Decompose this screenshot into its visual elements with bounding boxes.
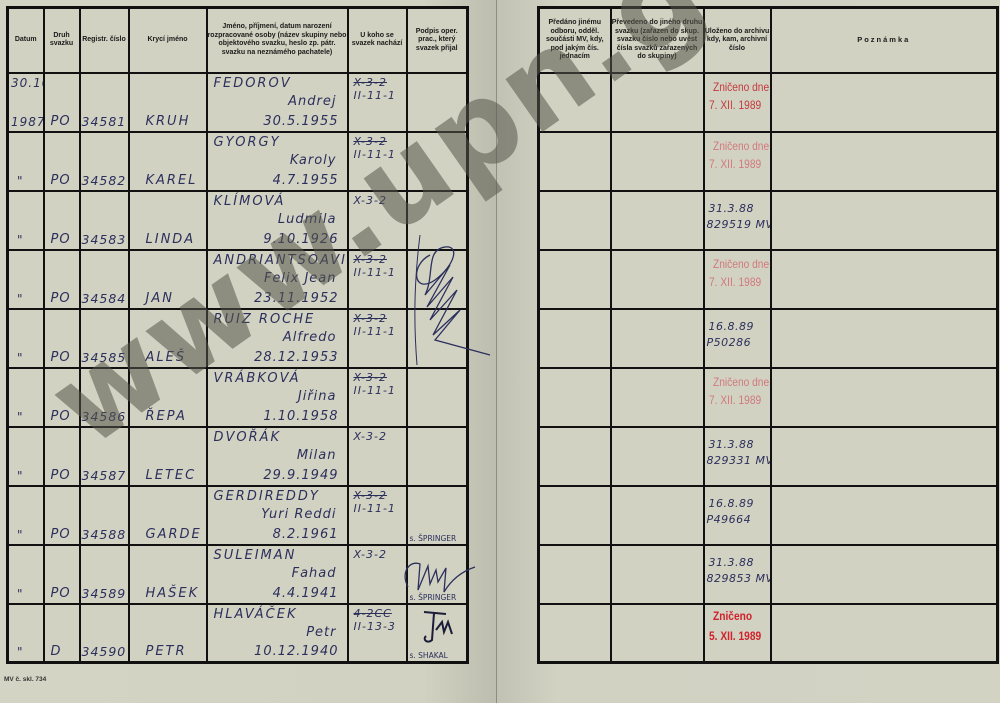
cover-name: KRUH [146,114,191,129]
cell-druh: PO [44,368,80,427]
given-name: Alfredo [283,330,337,345]
cell-registr: 34589 [80,545,129,604]
signer-name: s. ŠPRINGER [410,534,457,543]
table-row: 31.3.88 829519 MV [539,191,998,250]
table-row: Zničeno dne 7. XII. 1989 [539,250,998,309]
cell-person: SULEIMAN Fahad 4.4.1941 [207,545,348,604]
table-row: " PO 34583 LINDA KLÍMOVÁ Ludmila 9.10.19… [8,191,468,250]
archive-date: 16.8.89 [709,320,755,333]
location-new: II-11-1 [354,266,396,279]
cell-poznamka [771,309,998,368]
birth-date: 29.9.1949 [263,468,338,483]
birth-date: 9.10.1926 [263,232,338,247]
cell-predano [539,73,611,132]
location-new: X-3-2 [354,548,387,561]
cell-datum: " [8,486,44,545]
cell-registr: 34584 [80,250,129,309]
cell-datum: " [8,132,44,191]
druh-value: PO [51,232,71,247]
cell-ulozeno: Zničeno dne 7. XII. 1989 [704,73,771,132]
datum-value: " [17,469,24,483]
cell-predano [539,309,611,368]
destroyed-stamp-date: 7. XII. 1989 [709,157,761,171]
cell-poznamka [771,250,998,309]
cell-datum: " [8,191,44,250]
cell-kryci: KRUH [129,73,207,132]
location-old: X-3-2 [354,76,387,89]
given-name: Andrej [288,94,336,109]
cell-registr: 34581 [80,73,129,132]
cell-ulozeno: 16.8.89 P50286 [704,309,771,368]
cell-prevedeno [611,368,704,427]
col-header-podpis: Podpis oper. prac., který svazek přijal [407,8,468,73]
cell-ulozeno: 31.3.88 829331 MV [704,427,771,486]
cover-name: LETEC [146,468,197,483]
surname: DVOŘÁK [214,430,282,445]
surname: RUIZ ROCHE [214,312,316,327]
cell-predano [539,427,611,486]
cell-ulozeno: 31.3.88 829519 MV [704,191,771,250]
cell-kryci: PETR [129,604,207,663]
destroyed-stamp-label: Zničeno dne [713,80,769,94]
surname: VRÁBKOVÁ [214,371,301,386]
destroyed-stamp-label: Zničeno dne [713,257,769,271]
cell-druh: PO [44,545,80,604]
cell-person: HLAVÁČEK Petr 10.12.1940 [207,604,348,663]
table-row: 16.8.89 P50286 [539,309,998,368]
destroyed-stamp-label: Zničeno [713,609,752,623]
cell-ulozeno: Zničeno dne 7. XII. 1989 [704,250,771,309]
destroyed-stamp-label: Zničeno dne [713,139,769,153]
archive-number: P50286 [707,336,752,349]
cell-prevedeno [611,309,704,368]
cell-predano [539,250,611,309]
cell-datum: " [8,604,44,663]
table-row: 31.3.88 829331 MV [539,427,998,486]
table-row: 30.10. 1987 PO 34581 KRUH FEDOROV Andrej… [8,73,468,132]
location-new: II-11-1 [354,325,396,338]
cell-location: X-3-2 II-11-1 [348,368,407,427]
druh-value: D [51,644,62,659]
cell-prevedeno [611,250,704,309]
cell-datum: " [8,545,44,604]
cell-poznamka [771,191,998,250]
druh-value: PO [51,173,71,188]
druh-value: PO [51,350,71,365]
surname: ANDRIANTSOAVIONA [214,253,348,268]
cell-predano [539,486,611,545]
cell-ulozeno: Zničeno dne 7. XII. 1989 [704,368,771,427]
cell-druh: PO [44,486,80,545]
location-new: II-11-1 [354,148,396,161]
cell-predano [539,604,611,663]
col-header-kryci: Krycí jméno [129,8,207,73]
datum-value: " [17,410,24,424]
druh-value: PO [51,114,71,129]
given-name: Milan [297,448,337,463]
cell-predano [539,545,611,604]
cell-kryci: ALEŠ [129,309,207,368]
location-old: X-3-2 [354,312,387,325]
destroyed-stamp-label: Zničeno dne [713,375,769,389]
cover-name: PETR [146,644,187,659]
cell-prevedeno [611,427,704,486]
cover-name: GARDE [146,527,202,542]
form-code: MV č. skl. 734 [4,676,46,683]
cell-poznamka [771,368,998,427]
cell-datum: " [8,250,44,309]
cell-person: FEDOROV Andrej 30.5.1955 [207,73,348,132]
destroyed-stamp-date: 7. XII. 1989 [709,393,761,407]
reg-number: 34589 [82,586,127,601]
col-header-datum: Datum [8,8,44,73]
location-old: X-3-2 [354,253,387,266]
cell-druh: PO [44,309,80,368]
druh-value: PO [51,527,71,542]
cell-signature [407,73,468,132]
cover-name: LINDA [146,232,196,247]
datum-value: " [17,587,24,601]
archive-number: P49664 [707,513,752,526]
datum-top: 30.10. [11,76,44,90]
cell-prevedeno [611,545,704,604]
location-new: II-11-1 [354,384,396,397]
given-name: Felix Jean [264,271,337,286]
birth-date: 10.12.1940 [254,644,338,659]
cell-datum: " [8,309,44,368]
destroyed-stamp-date: 7. XII. 1989 [709,275,761,289]
cell-signature [407,132,468,191]
cell-datum: " [8,427,44,486]
reg-number: 34587 [82,468,127,483]
datum-value: " [17,528,24,542]
birth-date: 1.10.1958 [263,409,338,424]
location-old: X-3-2 [354,371,387,384]
location-old: X-3-2 [354,489,387,502]
cell-druh: PO [44,132,80,191]
reg-number: 34583 [82,232,127,247]
cell-registr: 34585 [80,309,129,368]
col-header-predano: Předáno jinému odboru, odděl. součásti M… [539,8,611,73]
cell-kryci: HAŠEK [129,545,207,604]
col-header-u-koho: U koho se svazek nachází [348,8,407,73]
datum-value: " [17,351,24,365]
cell-location: X-3-2 [348,545,407,604]
birth-date: 4.4.1941 [273,586,339,601]
cell-druh: PO [44,73,80,132]
birth-date: 4.7.1955 [273,173,339,188]
datum-value: " [17,645,24,659]
cover-name: HAŠEK [146,586,200,601]
druh-value: PO [51,468,71,483]
cell-registr: 34583 [80,191,129,250]
cell-predano [539,368,611,427]
header-row: Předáno jinému odboru, odděl. součásti M… [539,8,998,73]
cell-kryci: KAREL [129,132,207,191]
col-header-druh: Druh svazku [44,8,80,73]
datum-value: " [17,174,24,188]
destroyed-stamp-date: 7. XII. 1989 [709,98,761,112]
cell-prevedeno [611,73,704,132]
cell-signature [407,427,468,486]
reg-number: 34590 [82,644,127,659]
reg-number: 34586 [82,409,127,424]
cell-person: ANDRIANTSOAVIONA Felix Jean 23.11.1952 [207,250,348,309]
cell-ulozeno: Zničeno 5. XII. 1989 [704,604,771,663]
location-old: 4-2CC [354,607,392,620]
cell-location: X-3-2 II-11-1 [348,132,407,191]
col-header-ulozeno: Uloženo do archivu kdy, kam, archivní čí… [704,8,771,73]
birth-date: 30.5.1955 [263,114,338,129]
cell-predano [539,191,611,250]
cell-kryci: ŘEPA [129,368,207,427]
cell-prevedeno [611,486,704,545]
col-header-registr: Registr. číslo [80,8,129,73]
cell-person: RUIZ ROCHE Alfredo 28.12.1953 [207,309,348,368]
cell-registr: 34588 [80,486,129,545]
cell-registr: 34590 [80,604,129,663]
reg-number: 34582 [82,173,127,188]
signer-name: s. SHAKAL [410,651,448,660]
given-name: Yuri Reddi [261,507,336,522]
location-new: X-3-2 [354,194,387,207]
cover-name: KAREL [146,173,198,188]
table-row: " D 34590 PETR HLAVÁČEK Petr 10.12.1940 … [8,604,468,663]
given-name: Jiřina [298,389,337,404]
cell-registr: 34587 [80,427,129,486]
table-row: " PO 34586 ŘEPA VRÁBKOVÁ Jiřina 1.10.195… [8,368,468,427]
reg-number: 34581 [82,114,127,129]
cell-predano [539,132,611,191]
cell-druh: PO [44,191,80,250]
given-name: Ludmila [278,212,337,227]
cell-location: 4-2CC II-13-3 [348,604,407,663]
cell-location: X-3-2 [348,427,407,486]
table-row: " PO 34584 JAN ANDRIANTSOAVIONA Felix Je… [8,250,468,309]
reg-number: 34584 [82,291,127,306]
cell-person: DVOŘÁK Milan 29.9.1949 [207,427,348,486]
cell-person: GERDIREDDY Yuri Reddi 8.2.1961 [207,486,348,545]
col-header-jmeno: Jméno, příjmení, datum narození rozpraco… [207,8,348,73]
cell-ulozeno: 16.8.89 P49664 [704,486,771,545]
cell-ulozeno: Zničeno dne 7. XII. 1989 [704,132,771,191]
col-header-poznamka: Poznámka [771,8,998,73]
table-row: Zničeno dne 7. XII. 1989 [539,73,998,132]
archive-number: 829853 MV [707,572,771,585]
signature-shakal [418,608,458,648]
cell-poznamka [771,486,998,545]
given-name: Petr [306,625,336,640]
cell-person: KLÍMOVÁ Ludmila 9.10.1926 [207,191,348,250]
given-name: Fahad [292,566,337,581]
header-row: Datum Druh svazku Registr. číslo Krycí j… [8,8,468,73]
signature-large [405,235,500,365]
cell-person: VRÁBKOVÁ Jiřina 1.10.1958 [207,368,348,427]
surname: FEDOROV [214,76,292,91]
table-row: " PO 34588 GARDE GERDIREDDY Yuri Reddi 8… [8,486,468,545]
table-row: Zničeno 5. XII. 1989 [539,604,998,663]
cell-poznamka [771,604,998,663]
cell-location: X-3-2 [348,191,407,250]
table-row: " PO 34589 HAŠEK SULEIMAN Fahad 4.4.1941… [8,545,468,604]
cell-datum: 30.10. 1987 [8,73,44,132]
table-row: 31.3.88 829853 MV [539,545,998,604]
cell-kryci: LINDA [129,191,207,250]
archive-date: 16.8.89 [709,497,755,510]
reg-number: 34588 [82,527,127,542]
cell-kryci: LETEC [129,427,207,486]
cover-name: JAN [146,291,174,306]
birth-date: 23.11.1952 [254,291,338,306]
cell-prevedeno [611,191,704,250]
cover-name: ŘEPA [146,409,187,424]
birth-date: 8.2.1961 [273,527,339,542]
col-header-prevedeno: Převedeno do jiného druhu svazku (zařaze… [611,8,704,73]
cell-kryci: JAN [129,250,207,309]
cell-druh: D [44,604,80,663]
cell-druh: PO [44,250,80,309]
archive-date: 31.3.88 [709,202,755,215]
table-row: 16.8.89 P49664 [539,486,998,545]
archive-number: 829519 MV [707,218,771,231]
location-old: X-3-2 [354,135,387,148]
datum-value: " [17,292,24,306]
archive-date: 31.3.88 [709,556,755,569]
birth-date: 28.12.1953 [254,350,338,365]
cell-kryci: GARDE [129,486,207,545]
cell-poznamka [771,427,998,486]
location-new: II-13-3 [354,620,396,633]
destroyed-stamp-date: 5. XII. 1989 [709,629,761,643]
cell-poznamka [771,545,998,604]
surname: GERDIREDDY [214,489,320,504]
cell-poznamka [771,132,998,191]
cell-location: X-3-2 II-11-1 [348,250,407,309]
location-new: II-11-1 [354,89,396,102]
datum-value: 1987 [11,115,44,129]
surname: KLÍMOVÁ [214,194,286,209]
archive-number: 829331 MV [707,454,771,467]
table-row: Zničeno dne 7. XII. 1989 [539,368,998,427]
druh-value: PO [51,586,71,601]
cell-registr: 34582 [80,132,129,191]
surname: SULEIMAN [214,548,297,563]
archive-date: 31.3.88 [709,438,755,451]
druh-value: PO [51,409,71,424]
surname: GYORGY [214,135,281,150]
cell-signature: s. ŠPRINGER [407,486,468,545]
cell-ulozeno: 31.3.88 829853 MV [704,545,771,604]
cell-druh: PO [44,427,80,486]
given-name: Karoly [290,153,337,168]
signature-springer [400,552,480,597]
table-row: " PO 34585 ALEŠ RUIZ ROCHE Alfredo 28.12… [8,309,468,368]
cell-person: GYORGY Karoly 4.7.1955 [207,132,348,191]
cell-location: X-3-2 II-11-1 [348,309,407,368]
druh-value: PO [51,291,71,306]
cell-datum: " [8,368,44,427]
datum-value: " [17,233,24,247]
cell-prevedeno [611,132,704,191]
cover-name: ALEŠ [146,350,187,365]
surname: HLAVÁČEK [214,607,298,622]
register-table-right: Předáno jinému odboru, odděl. součásti M… [537,6,999,664]
cell-location: X-3-2 II-11-1 [348,486,407,545]
cell-location: X-3-2 II-11-1 [348,73,407,132]
table-row: " PO 34587 LETEC DVOŘÁK Milan 29.9.1949 … [8,427,468,486]
location-new: II-11-1 [354,502,396,515]
table-row: " PO 34582 KAREL GYORGY Karoly 4.7.1955 … [8,132,468,191]
cell-signature [407,368,468,427]
table-row: Zničeno dne 7. XII. 1989 [539,132,998,191]
cell-registr: 34586 [80,368,129,427]
cell-poznamka [771,73,998,132]
cell-prevedeno [611,604,704,663]
reg-number: 34585 [82,350,127,365]
location-new: X-3-2 [354,430,387,443]
